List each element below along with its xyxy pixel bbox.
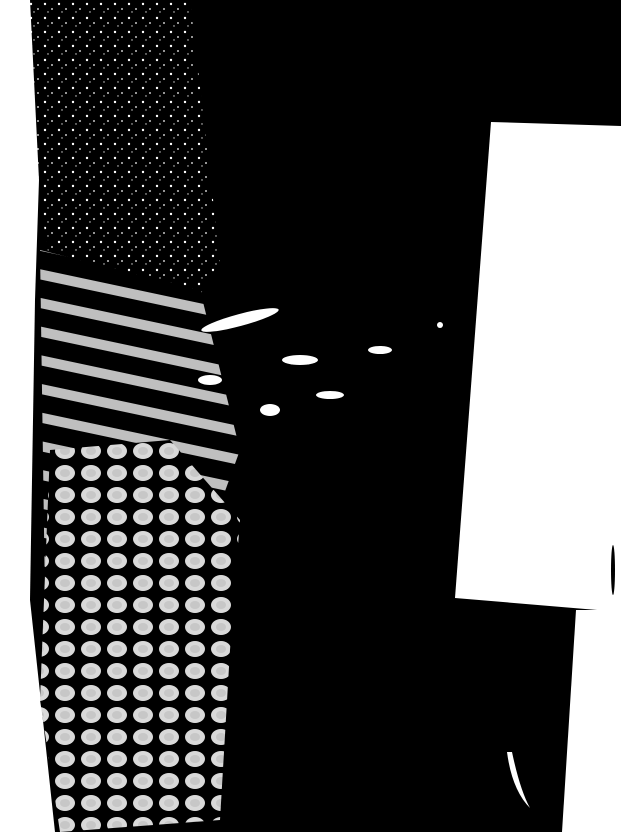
photo-canvas	[0, 0, 621, 832]
card-mark	[611, 545, 615, 595]
photograph	[0, 0, 621, 832]
snake-scales	[40, 440, 240, 832]
